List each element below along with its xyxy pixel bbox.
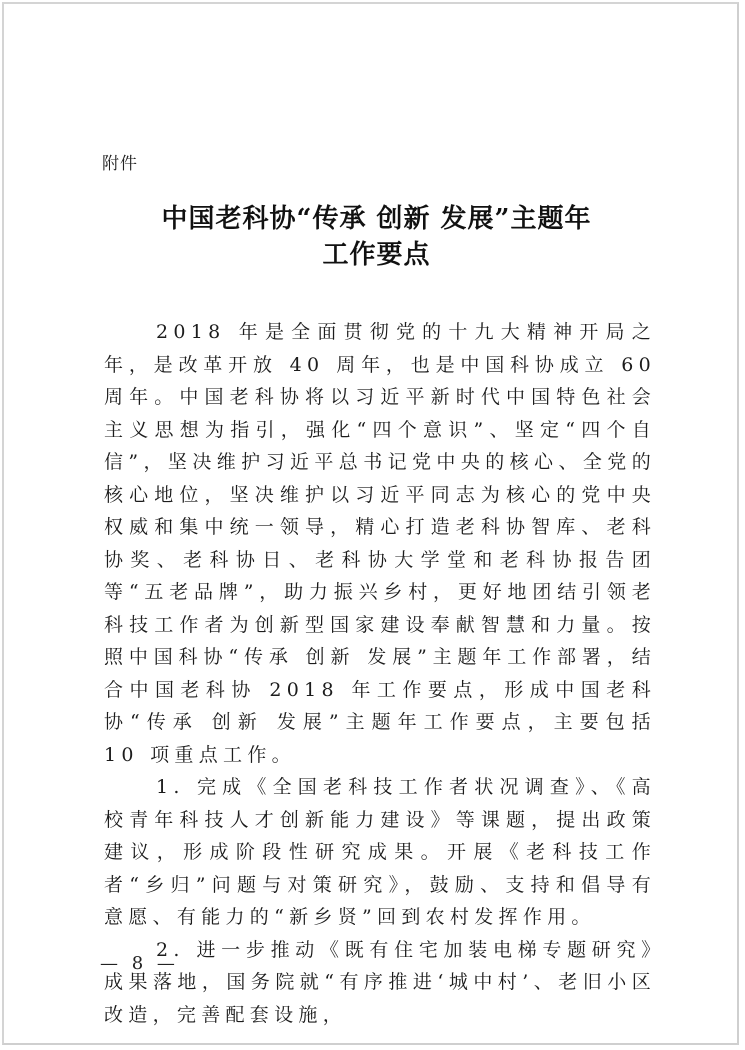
- page-number: — 8 —: [100, 952, 179, 976]
- item-2-paragraph: 2. 进一步推动《既有住宅加装电梯专题研究》成果落地，国务院就“有序推进‘城中村…: [104, 934, 656, 1032]
- document-body: 2018 年是全面贯彻党的十九大精神开局之年，是改革开放 40 周年，也是中国科…: [104, 316, 656, 1031]
- attachment-label: 附件: [102, 152, 138, 176]
- item-1-paragraph: 1. 完成《全国老科技工作者状况调查》、《高校青年科技人才创新能力建设》等课题，…: [104, 771, 656, 934]
- document-title-line-1: 中国老科协“传承 创新 发展”主题年: [4, 201, 745, 237]
- intro-paragraph: 2018 年是全面贯彻党的十九大精神开局之年，是改革开放 40 周年，也是中国科…: [104, 316, 656, 771]
- document-title-line-2: 工作要点: [4, 237, 745, 273]
- document-page: 附件 中国老科协“传承 创新 发展”主题年 工作要点 2018 年是全面贯彻党的…: [2, 2, 739, 1045]
